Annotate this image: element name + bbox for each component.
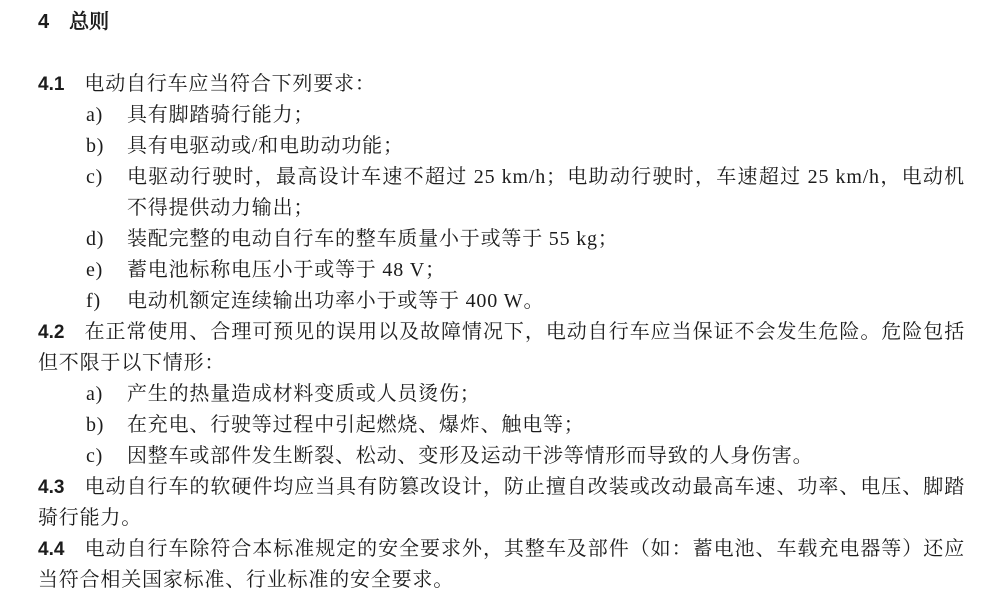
list-item-label: d): [86, 224, 127, 255]
list-item: c) 电驱动行驶时，最高设计车速不超过 25 km/h；电助动行驶时，车速超过 …: [38, 162, 965, 224]
clause-text: 电动自行车应当符合下列要求：: [84, 73, 375, 95]
list-item: c) 因整车或部件发生断裂、松动、变形及运动干涉等情形而导致的人身伤害。: [38, 441, 965, 472]
list-item-label: b): [86, 131, 127, 162]
section-title: 总则: [69, 8, 109, 36]
list-item-text: 电驱动行驶时，最高设计车速不超过 25 km/h；电助动行驶时，车速超过 25 …: [127, 162, 965, 224]
clause-number: 4.2: [38, 322, 64, 343]
list-item-label: c): [86, 441, 127, 472]
clause-number: 4.4: [38, 539, 64, 560]
clause-text: 电动自行车除符合本标准规定的安全要求外，其整车及部件（如：蓄电池、车载充电器等）…: [38, 538, 965, 591]
document-page: 4 总则 4.1电动自行车应当符合下列要求： a) 具有脚踏骑行能力； b) 具…: [0, 0, 1002, 609]
list-item-text: 因整车或部件发生断裂、松动、变形及运动干涉等情形而导致的人身伤害。: [127, 441, 965, 472]
clause-text: 在正常使用、合理可预见的误用以及故障情况下，电动自行车应当保证不会发生危险。危险…: [38, 321, 965, 374]
list-item: e) 蓄电池标称电压小于或等于 48 V；: [38, 255, 965, 286]
list-item: f) 电动机额定连续输出功率小于或等于 400 W。: [38, 286, 965, 317]
list-item-label: e): [86, 255, 127, 286]
list-item-label: c): [86, 162, 127, 224]
section-number: 4: [38, 8, 49, 36]
list-item-label: a): [86, 100, 127, 131]
clause-number: 4.3: [38, 477, 64, 498]
list-item-text: 装配完整的电动自行车的整车质量小于或等于 55 kg；: [127, 224, 965, 255]
list-item-text: 在充电、行驶等过程中引起燃烧、爆炸、触电等；: [127, 410, 965, 441]
list-item-text: 具有脚踏骑行能力；: [127, 100, 965, 131]
document-body: 4.1电动自行车应当符合下列要求： a) 具有脚踏骑行能力； b) 具有电驱动或…: [38, 69, 965, 596]
clause-4-3: 4.3电动自行车的软硬件均应当具有防篡改设计，防止擅自改装或改动最高车速、功率、…: [38, 472, 965, 534]
clause-4-1: 4.1电动自行车应当符合下列要求：: [38, 69, 965, 100]
list-item: b) 在充电、行驶等过程中引起燃烧、爆炸、触电等；: [38, 410, 965, 441]
clause-number: 4.1: [38, 74, 64, 95]
list-item-text: 电动机额定连续输出功率小于或等于 400 W。: [127, 286, 965, 317]
list-item: d) 装配完整的电动自行车的整车质量小于或等于 55 kg；: [38, 224, 965, 255]
clause-4-2: 4.2在正常使用、合理可预见的误用以及故障情况下，电动自行车应当保证不会发生危险…: [38, 317, 965, 379]
list-item-label: a): [86, 379, 127, 410]
list-item-label: f): [86, 286, 127, 317]
clause-4-4: 4.4电动自行车除符合本标准规定的安全要求外，其整车及部件（如：蓄电池、车载充电…: [38, 534, 965, 596]
clause-text: 电动自行车的软硬件均应当具有防篡改设计，防止擅自改装或改动最高车速、功率、电压、…: [38, 476, 965, 529]
list-item: b) 具有电驱动或/和电助动功能；: [38, 131, 965, 162]
list-item-label: b): [86, 410, 127, 441]
list-item-text: 蓄电池标称电压小于或等于 48 V；: [127, 255, 965, 286]
list-item-text: 产生的热量造成材料变质或人员烫伤；: [127, 379, 965, 410]
list-item: a) 具有脚踏骑行能力；: [38, 100, 965, 131]
list-item: a) 产生的热量造成材料变质或人员烫伤；: [38, 379, 965, 410]
section-heading: 4 总则: [38, 8, 965, 36]
list-item-text: 具有电驱动或/和电助动功能；: [127, 131, 965, 162]
